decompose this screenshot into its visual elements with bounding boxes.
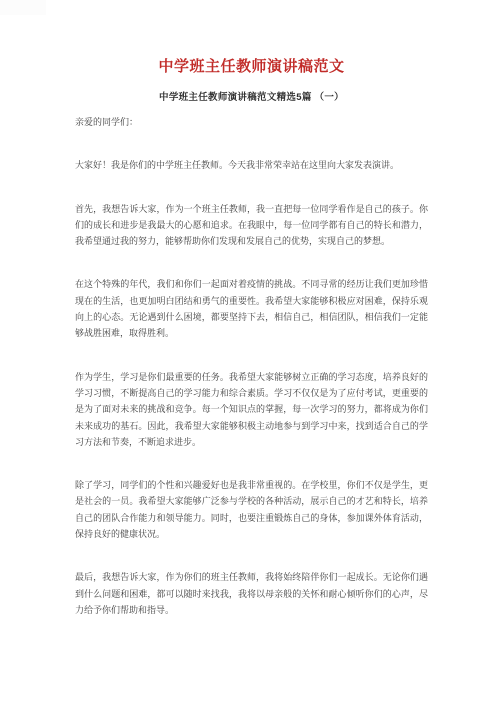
paragraph-closing: 最后，我想告诉大家，作为你们的班主任教师，我将始终陪伴你们一起成长。无论你们遇到… <box>75 569 428 618</box>
corner-smudge <box>0 0 46 15</box>
paragraph-activities: 除了学习，同学们的个性和兴趣爱好也是我非常重视的。在学校里，你们不仅是学生，更是… <box>75 477 428 542</box>
document-title: 中学班主任教师演讲稿范文 <box>75 56 428 78</box>
document-page: 中学班主任教师演讲稿范文 中学班主任教师演讲稿范文精选5篇 （一） 亲爱的同学们… <box>0 0 500 707</box>
paragraph-pandemic: 在这个特殊的年代，我们和你们一起面对着疫情的挑战。不同寻常的经历让我们更加珍惜现… <box>75 276 428 341</box>
document-subtitle: 中学班主任教师演讲稿范文精选5篇 （一） <box>75 91 428 105</box>
paragraph-study: 作为学生，学习是你们最重要的任务。我希望大家能够树立正确的学习态度，培养良好的学… <box>75 369 428 450</box>
salutation: 亲爱的同学们： <box>75 114 428 130</box>
paragraph-greeting: 大家好！我是你们的中学班主任教师。今天我非常荣幸站在这里向大家发表演讲。 <box>75 157 428 173</box>
paragraph-first: 首先，我想告诉大家，作为一个班主任教师，我一直把每一位同学看作是自己的孩子。你们… <box>75 201 428 250</box>
document-body: 中学班主任教师演讲稿范文 中学班主任教师演讲稿范文精选5篇 （一） 亲爱的同学们… <box>0 0 500 618</box>
